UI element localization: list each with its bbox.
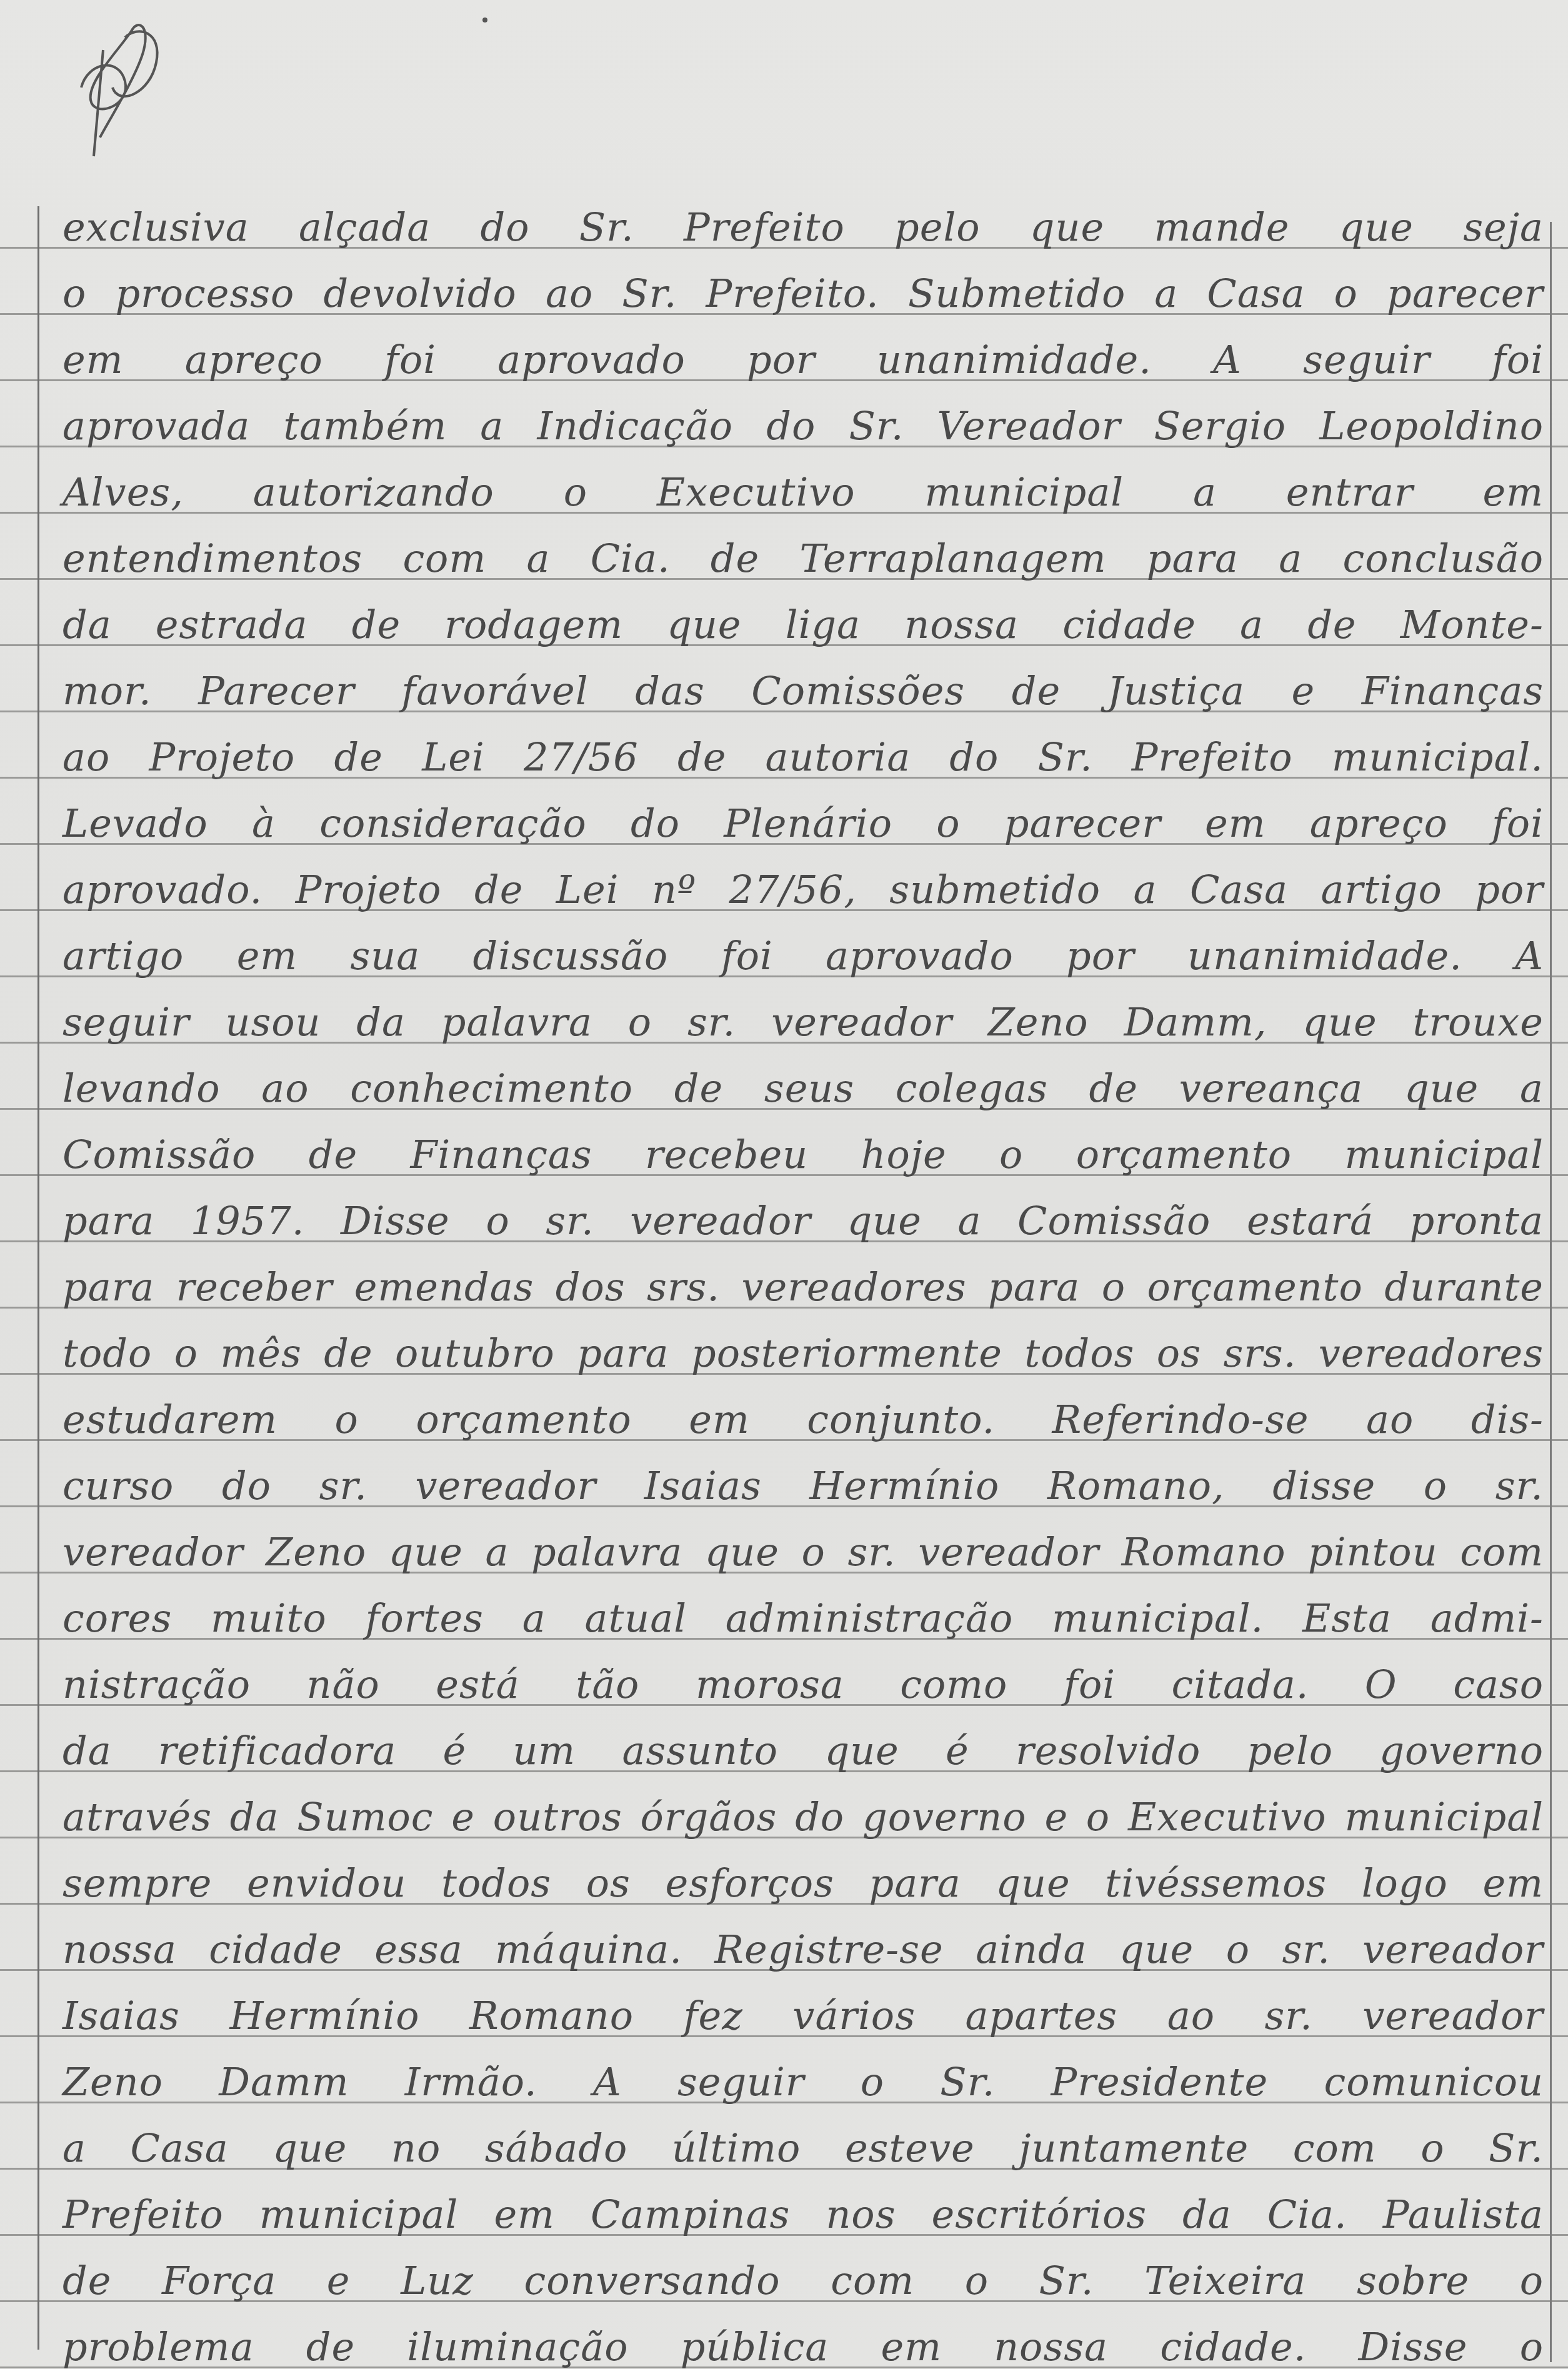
text-line: Prefeito municipal em Campinas nos escri… bbox=[62, 2193, 1544, 2237]
text-line: Comissão de Finanças recebeu hoje o orça… bbox=[62, 1133, 1544, 1177]
text-line: para receber emendas dos srs. vereadores… bbox=[62, 1265, 1544, 1309]
text-line: artigo em sua discussão foi aprovado por… bbox=[62, 934, 1544, 978]
text-line: de Força e Luz conversando com o Sr. Tei… bbox=[62, 2259, 1544, 2303]
text-line: Isaias Hermínio Romano fez vários aparte… bbox=[62, 1994, 1544, 2038]
text-line: nistração não está tão morosa como foi c… bbox=[62, 1663, 1544, 1707]
text-line: aprovado. Projeto de Lei nº 27/56, subme… bbox=[62, 868, 1544, 912]
text-line: curso do sr. vereador Isaias Hermínio Ro… bbox=[62, 1464, 1544, 1508]
text-line: problema de iluminação pública em nossa … bbox=[62, 2325, 1544, 2369]
text-line: o processo devolvido ao Sr. Prefeito. Su… bbox=[62, 272, 1544, 316]
text-line: exclusiva alçada do Sr. Prefeito pelo qu… bbox=[62, 206, 1544, 249]
text-line: nossa cidade essa máquina. Registre-se a… bbox=[62, 1928, 1544, 1972]
text-line: através da Sumoc e outros órgãos do gove… bbox=[62, 1795, 1544, 1839]
text-line: levando ao conhecimento de seus colegas … bbox=[62, 1067, 1544, 1110]
text-line: seguir usou da palavra o sr. vereador Ze… bbox=[62, 1000, 1544, 1044]
text-line: todo o mês de outubro para posteriorment… bbox=[62, 1332, 1544, 1375]
text-line: para 1957. Disse o sr. vereador que a Co… bbox=[62, 1199, 1544, 1243]
text-line: sempre envidou todos os esforços para qu… bbox=[62, 1862, 1544, 1905]
handwritten-text-body: exclusiva alçada do Sr. Prefeito pelo qu… bbox=[0, 0, 1568, 2369]
text-line: da retificadora é um assunto que é resol… bbox=[62, 1729, 1544, 1773]
text-line: Zeno Damm Irmão. A seguir o Sr. Presiden… bbox=[62, 2060, 1544, 2104]
text-line: a Casa que no sábado último esteve junta… bbox=[62, 2127, 1544, 2170]
text-line: em apreço foi aprovado por unanimidade. … bbox=[62, 338, 1544, 382]
text-line: vereador Zeno que a palavra que o sr. ve… bbox=[62, 1530, 1544, 1574]
text-line: Levado à consideração do Plenário o pare… bbox=[62, 802, 1544, 845]
text-line: ao Projeto de Lei 27/56 de autoria do Sr… bbox=[62, 736, 1544, 779]
text-line: aprovada também a Indicação do Sr. Verea… bbox=[62, 404, 1544, 448]
text-line: da estrada de rodagem que liga nossa cid… bbox=[62, 603, 1544, 647]
text-line: estudarem o orçamento em conjunto. Refer… bbox=[62, 1398, 1544, 1442]
text-line: cores muito fortes a atual administração… bbox=[62, 1597, 1544, 1640]
text-line: Alves, autorizando o Executivo municipal… bbox=[62, 471, 1544, 514]
text-line: entendimentos com a Cia. de Terraplanage… bbox=[62, 537, 1544, 581]
text-line: mor. Parecer favorável das Comissões de … bbox=[62, 669, 1544, 713]
